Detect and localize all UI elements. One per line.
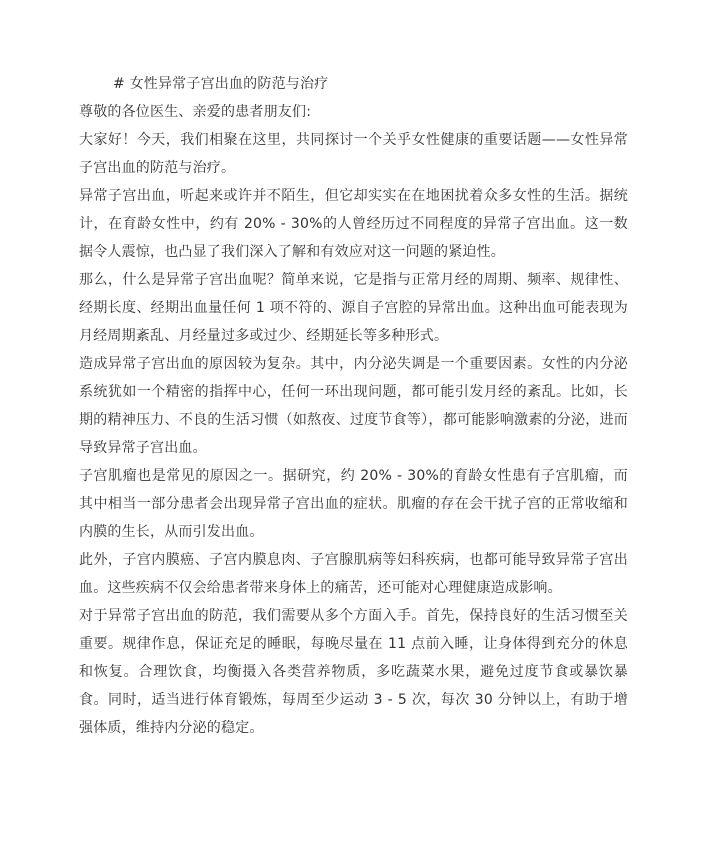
document-page: # 女性异常子宫出血的防范与治疗 尊敬的各位医生、亲爱的患者朋友们: 大家好！今… bbox=[0, 0, 708, 841]
paragraph-statistics: 异常子宫出血，听起来或许并不陌生，但它却实实在在地困扰着众多女性的生活。据统计，… bbox=[79, 182, 628, 266]
paragraph-definition: 那么，什么是异常子宫出血呢？简单来说，它是指与正常月经的周期、频率、规律性、经期… bbox=[79, 266, 628, 350]
paragraph-greeting: 大家好！今天，我们相聚在这里，共同探讨一个关乎女性健康的重要话题——女性异常子宫… bbox=[79, 126, 628, 182]
paragraph-causes-endocrine: 造成异常子宫出血的原因较为复杂。其中，内分泌失调是一个重要因素。女性的内分泌系统… bbox=[79, 350, 628, 462]
paragraph-causes-fibroids: 子宫肌瘤也是常见的原因之一。据研究，约 20% - 30%的育龄女性患有子宫肌瘤… bbox=[79, 462, 628, 546]
paragraph-causes-other-diseases: 此外，子宫内膜癌、子宫内膜息肉、子宫腺肌病等妇科疾病，也都可能导致异常子宫出血。… bbox=[79, 546, 628, 602]
paragraph-prevention: 对于异常子宫出血的防范，我们需要从多个方面入手。首先，保持良好的生活习惯至关重要… bbox=[79, 602, 628, 742]
document-title: # 女性异常子宫出血的防范与治疗 bbox=[79, 70, 628, 98]
paragraph-salutation: 尊敬的各位医生、亲爱的患者朋友们: bbox=[79, 98, 628, 126]
